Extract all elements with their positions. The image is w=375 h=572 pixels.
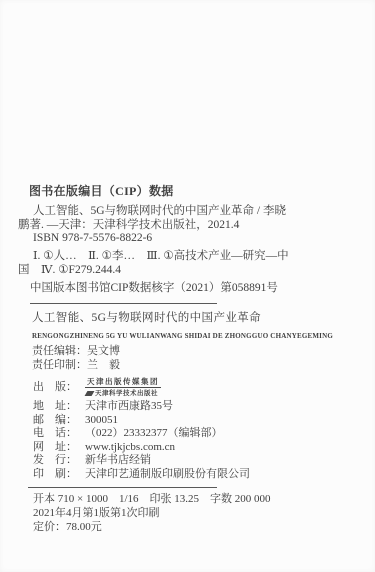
website-value: www.tjkjcbs.com.cn (85, 441, 175, 455)
format-line: 开本 710 × 1000 1/16 印张 13.25 字数 200 000 (33, 492, 271, 506)
address-value: 天津市西康路35号 (85, 400, 173, 414)
publication-info: 出 版： 天津出版传媒集团 天津科学技术出版社 地 址： 天津市西康路35号 邮… (33, 375, 353, 482)
publisher-imprint-row: 天津科学技术出版社 (85, 390, 161, 398)
book-title-pinyin: RENGONGZHINENG 5G YU WULIANWANG SHIDAI D… (32, 332, 352, 341)
book-copyright-page: 图书在版编目（CIP）数据 人工智能、5G与物联网时代的中国产业革命 / 李晓 … (0, 0, 375, 572)
divider-bottom (28, 487, 217, 488)
printing-label: 印 刷： (33, 468, 85, 482)
distribution-row: 发 行： 新华书店经销 (33, 454, 353, 468)
responsible-editor-line: 责任编辑：吴文博 (32, 345, 352, 359)
cip-entry-line2: 鹏著. —天津：天津科学技术出版社，2021.4 (18, 219, 353, 233)
cip-entry-line1: 人工智能、5G与物联网时代的中国产业革命 / 李晓 (33, 205, 353, 219)
responsible-printer-line: 责任印制：兰 毅 (32, 359, 352, 373)
publisher-imprint-name: 天津科学技术出版社 (95, 390, 158, 398)
distribution-label: 发 行： (33, 454, 85, 468)
postcode-row: 邮 编： 300051 (33, 414, 353, 428)
cip-classification-line2: 国 Ⅳ. ①F279.244.4 (18, 264, 353, 278)
publisher-logo: 天津出版传媒集团 天津科学技术出版社 (85, 377, 161, 398)
phone-row: 电 话： （022）23332377（编辑部） (33, 427, 353, 441)
print-spec-block: 开本 710 × 1000 1/16 印张 13.25 字数 200 000 2… (33, 492, 271, 534)
book-title: 人工智能、5G与物联网时代的中国产业革命 (32, 311, 352, 326)
publisher-label: 出 版： (33, 381, 85, 395)
printing-value: 天津印艺通制版印刷股份有限公司 (85, 468, 250, 482)
distribution-value: 新华书店经销 (85, 454, 151, 468)
printer-label: 责任印制： (32, 359, 87, 371)
postcode-label: 邮 编： (33, 414, 85, 428)
website-label: 网 址： (33, 441, 85, 455)
editor-name: 吴文博 (87, 345, 120, 357)
cip-header: 图书在版编目（CIP）数据 (29, 184, 353, 198)
printing-row: 印 刷： 天津印艺通制版印刷股份有限公司 (33, 468, 353, 482)
phone-value: （022）23332377（编辑部） (85, 427, 223, 441)
phone-label: 电 话： (33, 427, 85, 441)
website-row: 网 址： www.tjkjcbs.com.cn (33, 441, 353, 455)
colophon-block: 人工智能、5G与物联网时代的中国产业革命 RENGONGZHINENG 5G Y… (32, 311, 352, 372)
editor-label: 责任编辑： (32, 345, 87, 357)
price-line: 定价：78.00元 (33, 520, 271, 534)
cip-classification-line1: Ⅰ. ①人… Ⅱ. ①李… Ⅲ. ①高技术产业—研究—中 (33, 250, 353, 264)
publisher-row: 出 版： 天津出版传媒集团 天津科学技术出版社 (33, 375, 353, 400)
postcode-value: 300051 (85, 414, 118, 428)
printer-name: 兰 毅 (87, 359, 120, 371)
edition-line: 2021年4月第1版第1次印刷 (33, 506, 271, 520)
publisher-group-name: 天津出版传媒集团 (85, 377, 161, 388)
publisher-logo-icon (85, 391, 95, 396)
address-label: 地 址： (33, 400, 85, 414)
divider-top (30, 303, 217, 304)
address-row: 地 址： 天津市西康路35号 (33, 400, 353, 414)
cip-block: 图书在版编目（CIP）数据 人工智能、5G与物联网时代的中国产业革命 / 李晓 … (18, 184, 353, 296)
cip-registry-number: 中国版本图书馆CIP数据核字（2021）第058891号 (30, 282, 353, 296)
cip-isbn: ISBN 978-7-5576-8822-6 (33, 232, 353, 246)
